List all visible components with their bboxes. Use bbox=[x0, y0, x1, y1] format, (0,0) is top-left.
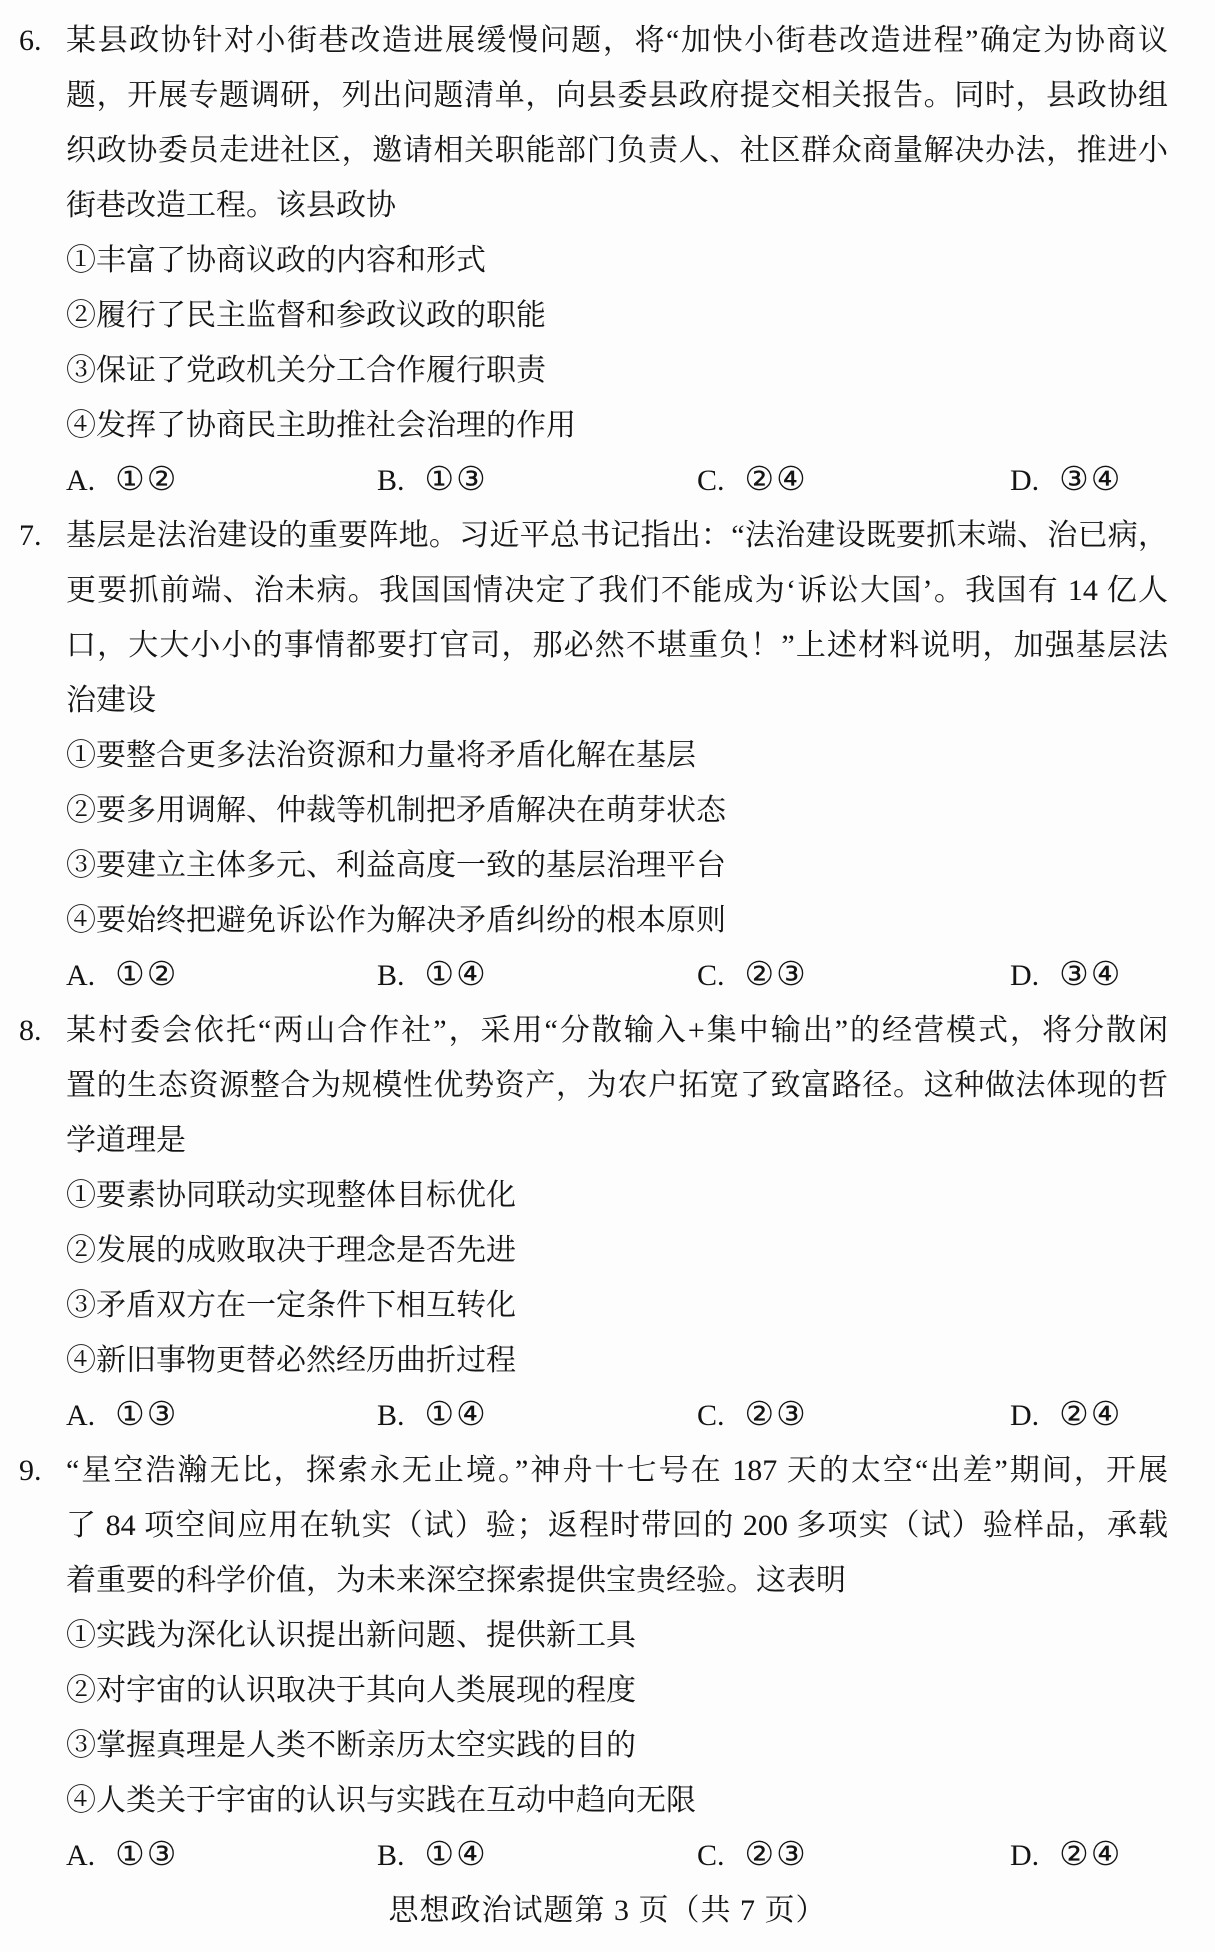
numbered-statement: ④要始终把避免诉讼作为解决矛盾纠纷的根本原则 bbox=[66, 893, 1215, 948]
question-block: 9. “星空浩瀚无比，探索永无止境。”神舟十七号在 187 天的太空“出差”期间… bbox=[0, 1443, 1215, 1883]
question-text-line: 基层是法治建设的重要阵地。习近平总书记指出：“法治建设既要抓末端、治已病， bbox=[66, 508, 1168, 563]
answer-choice-D: D.②④ bbox=[1010, 1828, 1122, 1883]
question-text-line: 了 84 项空间应用在轨实（试）验；返程时带回的 200 多项实（试）验样品，承… bbox=[66, 1498, 1168, 1553]
answer-choice-A: A.①② bbox=[66, 453, 178, 508]
choice-combination: ②④ bbox=[745, 462, 808, 498]
answer-choice-A: A.①③ bbox=[66, 1388, 178, 1443]
choice-letter: A. bbox=[66, 464, 95, 497]
numbered-statement: ②要多用调解、仲裁等机制把矛盾解决在萌芽状态 bbox=[66, 783, 1215, 838]
numbered-statements: ①丰富了协商议政的内容和形式②履行了民主监督和参政议政的职能③保证了党政机关分工… bbox=[66, 233, 1215, 453]
answer-choice-B: B.①④ bbox=[377, 1828, 488, 1883]
numbered-statement: ②履行了民主监督和参政议政的职能 bbox=[66, 288, 1215, 343]
question-block: 7. 基层是法治建设的重要阵地。习近平总书记指出：“法治建设既要抓末端、治已病，… bbox=[0, 508, 1215, 1003]
numbered-statement: ②发展的成败取决于理念是否先进 bbox=[66, 1223, 1215, 1278]
question-body: 某村委会依托“两山合作社”，采用“分散输入+集中输出”的经营模式，将分散闲置的生… bbox=[66, 1003, 1168, 1168]
answer-choice-B: B.①④ bbox=[377, 948, 488, 1003]
choice-combination: ①③ bbox=[425, 462, 488, 498]
question-number: 7. bbox=[0, 508, 66, 563]
choice-combination: ①④ bbox=[425, 1837, 488, 1873]
question-text-line: 某县政协针对小街巷改造进展缓慢问题，将“加快小街巷改造进程”确定为协商议 bbox=[66, 13, 1168, 68]
answer-choice-B: B.①④ bbox=[377, 1388, 488, 1443]
question-block: 6. 某县政协针对小街巷改造进展缓慢问题，将“加快小街巷改造进程”确定为协商议题… bbox=[0, 13, 1215, 508]
choice-combination: ③④ bbox=[1059, 462, 1122, 498]
choice-letter: A. bbox=[66, 959, 95, 992]
exam-page: 6. 某县政协针对小街巷改造进展缓慢问题，将“加快小街巷改造进程”确定为协商议题… bbox=[0, 0, 1215, 1952]
answer-choice-C: C.②③ bbox=[697, 1828, 808, 1883]
choice-combination: ①④ bbox=[425, 1397, 488, 1433]
question-text-line: 某村委会依托“两山合作社”，采用“分散输入+集中输出”的经营模式，将分散闲 bbox=[66, 1003, 1168, 1058]
choice-combination: ②③ bbox=[745, 1397, 808, 1433]
choice-letter: D. bbox=[1010, 959, 1039, 992]
numbered-statement: ②对宇宙的认识取决于其向人类展现的程度 bbox=[66, 1663, 1215, 1718]
numbered-statement: ③要建立主体多元、利益高度一致的基层治理平台 bbox=[66, 838, 1215, 893]
choice-combination: ①② bbox=[115, 462, 178, 498]
question-text-line: 治建设 bbox=[66, 673, 1168, 728]
choice-combination: ②③ bbox=[745, 957, 808, 993]
choice-letter: C. bbox=[697, 1399, 725, 1432]
question-text-line: 学道理是 bbox=[66, 1113, 1168, 1168]
question-text-line: 更要抓前端、治未病。我国国情决定了我们不能成为‘诉讼大国’。我国有 14 亿人 bbox=[66, 563, 1168, 618]
numbered-statement: ③保证了党政机关分工合作履行职责 bbox=[66, 343, 1215, 398]
question-body: 某县政协针对小街巷改造进展缓慢问题，将“加快小街巷改造进程”确定为协商议题，开展… bbox=[66, 13, 1168, 233]
answer-choice-row: A.①②B.①③C.②④D.③④ bbox=[66, 453, 1215, 508]
answer-choice-C: C.②③ bbox=[697, 1388, 808, 1443]
question-head: 7. 基层是法治建设的重要阵地。习近平总书记指出：“法治建设既要抓末端、治已病，… bbox=[0, 508, 1215, 728]
choice-combination: ②④ bbox=[1059, 1837, 1122, 1873]
choice-letter: D. bbox=[1010, 464, 1039, 497]
answer-choice-row: A.①③B.①④C.②③D.②④ bbox=[66, 1828, 1215, 1883]
choice-letter: B. bbox=[377, 464, 405, 497]
answer-choice-row: A.①②B.①④C.②③D.③④ bbox=[66, 948, 1215, 1003]
choice-combination: ②④ bbox=[1059, 1397, 1122, 1433]
choice-letter: B. bbox=[377, 959, 405, 992]
numbered-statements: ①实践为深化认识提出新问题、提供新工具②对宇宙的认识取决于其向人类展现的程度③掌… bbox=[66, 1608, 1215, 1828]
choice-letter: D. bbox=[1010, 1839, 1039, 1872]
question-head: 9. “星空浩瀚无比，探索永无止境。”神舟十七号在 187 天的太空“出差”期间… bbox=[0, 1443, 1215, 1608]
numbered-statement: ④新旧事物更替必然经历曲折过程 bbox=[66, 1333, 1215, 1388]
page-footer: 思想政治试题第 3 页（共 7 页） bbox=[0, 1883, 1215, 1938]
answer-choice-row: A.①③B.①④C.②③D.②④ bbox=[66, 1388, 1215, 1443]
question-body: 基层是法治建设的重要阵地。习近平总书记指出：“法治建设既要抓末端、治已病，更要抓… bbox=[66, 508, 1168, 728]
numbered-statement: ①丰富了协商议政的内容和形式 bbox=[66, 233, 1215, 288]
numbered-statement: ①要整合更多法治资源和力量将矛盾化解在基层 bbox=[66, 728, 1215, 783]
question-head: 6. 某县政协针对小街巷改造进展缓慢问题，将“加快小街巷改造进程”确定为协商议题… bbox=[0, 13, 1215, 233]
choice-combination: ②③ bbox=[745, 1837, 808, 1873]
choice-letter: C. bbox=[697, 959, 725, 992]
numbered-statement: ④人类关于宇宙的认识与实践在互动中趋向无限 bbox=[66, 1773, 1215, 1828]
choice-letter: D. bbox=[1010, 1399, 1039, 1432]
numbered-statements: ①要整合更多法治资源和力量将矛盾化解在基层②要多用调解、仲裁等机制把矛盾解决在萌… bbox=[66, 728, 1215, 948]
choice-letter: C. bbox=[697, 464, 725, 497]
question-number: 9. bbox=[0, 1443, 66, 1498]
question-text-line: 织政协委员走进社区，邀请相关职能部门负责人、社区群众商量解决办法，推进小 bbox=[66, 123, 1168, 178]
numbered-statement: ①要素协同联动实现整体目标优化 bbox=[66, 1168, 1215, 1223]
choice-combination: ①③ bbox=[115, 1837, 178, 1873]
question-text-line: 着重要的科学价值，为未来深空探索提供宝贵经验。这表明 bbox=[66, 1553, 1168, 1608]
answer-choice-C: C.②④ bbox=[697, 453, 808, 508]
choice-letter: B. bbox=[377, 1839, 405, 1872]
answer-choice-D: D.③④ bbox=[1010, 453, 1122, 508]
question-text-line: 口，大大小小的事情都要打官司，那必然不堪重负！”上述材料说明，加强基层法 bbox=[66, 618, 1168, 673]
choice-letter: B. bbox=[377, 1399, 405, 1432]
choice-letter: C. bbox=[697, 1839, 725, 1872]
answer-choice-D: D.③④ bbox=[1010, 948, 1122, 1003]
question-text-line: “星空浩瀚无比，探索永无止境。”神舟十七号在 187 天的太空“出差”期间，开展 bbox=[66, 1443, 1168, 1498]
question-text-line: 置的生态资源整合为规模性优势资产，为农户拓宽了致富路径。这种做法体现的哲 bbox=[66, 1058, 1168, 1113]
question-text-line: 街巷改造工程。该县政协 bbox=[66, 178, 1168, 233]
answer-choice-C: C.②③ bbox=[697, 948, 808, 1003]
question-block: 8. 某村委会依托“两山合作社”，采用“分散输入+集中输出”的经营模式，将分散闲… bbox=[0, 1003, 1215, 1443]
numbered-statements: ①要素协同联动实现整体目标优化②发展的成败取决于理念是否先进③矛盾双方在一定条件… bbox=[66, 1168, 1215, 1388]
answer-choice-A: A.①② bbox=[66, 948, 178, 1003]
choice-letter: A. bbox=[66, 1399, 95, 1432]
numbered-statement: ④发挥了协商民主助推社会治理的作用 bbox=[66, 398, 1215, 453]
choice-combination: ①② bbox=[115, 957, 178, 993]
question-text-line: 题，开展专题调研，列出问题清单，向县委县政府提交相关报告。同时，县政协组 bbox=[66, 68, 1168, 123]
choice-combination: ①④ bbox=[425, 957, 488, 993]
choice-combination: ①③ bbox=[115, 1397, 178, 1433]
answer-choice-B: B.①③ bbox=[377, 453, 488, 508]
question-head: 8. 某村委会依托“两山合作社”，采用“分散输入+集中输出”的经营模式，将分散闲… bbox=[0, 1003, 1215, 1168]
choice-combination: ③④ bbox=[1059, 957, 1122, 993]
choice-letter: A. bbox=[66, 1839, 95, 1872]
question-number: 8. bbox=[0, 1003, 66, 1058]
question-number: 6. bbox=[0, 13, 66, 68]
numbered-statement: ③矛盾双方在一定条件下相互转化 bbox=[66, 1278, 1215, 1333]
answer-choice-A: A.①③ bbox=[66, 1828, 178, 1883]
numbered-statement: ③掌握真理是人类不断亲历太空实践的目的 bbox=[66, 1718, 1215, 1773]
numbered-statement: ①实践为深化认识提出新问题、提供新工具 bbox=[66, 1608, 1215, 1663]
answer-choice-D: D.②④ bbox=[1010, 1388, 1122, 1443]
question-body: “星空浩瀚无比，探索永无止境。”神舟十七号在 187 天的太空“出差”期间，开展… bbox=[66, 1443, 1168, 1608]
question-list: 6. 某县政协针对小街巷改造进展缓慢问题，将“加快小街巷改造进程”确定为协商议题… bbox=[0, 13, 1215, 1883]
